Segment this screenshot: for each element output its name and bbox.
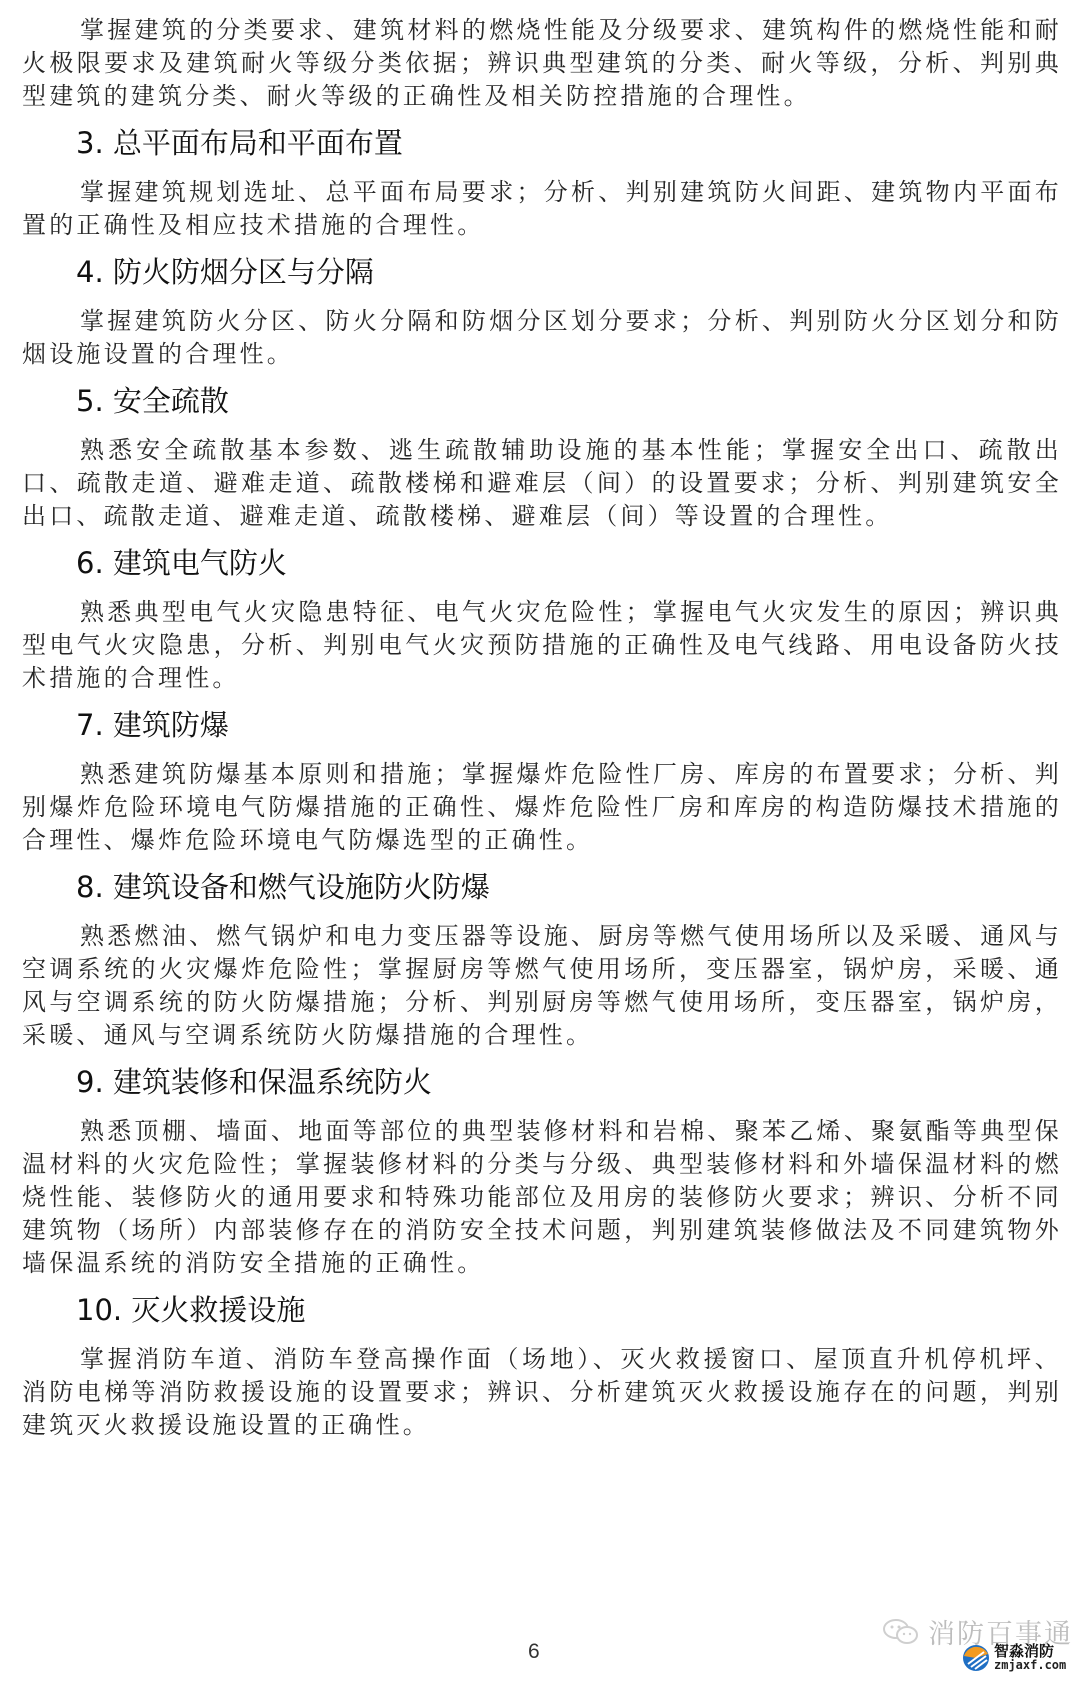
zm-logo-icon	[962, 1644, 990, 1672]
section-paragraph: 熟悉典型电气火灾隐患特征、电气火灾危险性；掌握电气火灾发生的原因；辨识典型电气火…	[22, 596, 1062, 695]
site-logo: 智淼消防 zmjaxf.com	[962, 1644, 1066, 1672]
section-heading: 4. 防火防烟分区与分隔	[22, 254, 1062, 290]
wechat-icon	[882, 1617, 920, 1647]
section-paragraph: 熟悉顶棚、墙面、地面等部位的典型装修材料和岩棉、聚苯乙烯、聚氨酯等典型保温材料的…	[22, 1115, 1062, 1280]
section-6: 6. 建筑电气防火 熟悉典型电气火灾隐患特征、电气火灾危险性；掌握电气火灾发生的…	[22, 545, 1062, 695]
section-paragraph: 熟悉燃油、燃气锅炉和电力变压器等设施、厨房等燃气使用场所以及采暖、通风与空调系统…	[22, 920, 1062, 1052]
section-paragraph: 掌握建筑防火分区、防火分隔和防烟分区划分要求；分析、判别防火分区划分和防烟设施设…	[22, 305, 1062, 371]
section-9: 9. 建筑装修和保温系统防火 熟悉顶棚、墙面、地面等部位的典型装修材料和岩棉、聚…	[22, 1064, 1062, 1280]
section-7: 7. 建筑防爆 熟悉建筑防爆基本原则和措施；掌握爆炸危险性厂房、库房的布置要求；…	[22, 707, 1062, 857]
section-paragraph: 掌握消防车道、消防车登高操作面（场地）、灭火救援窗口、屋顶直升机停机坪、消防电梯…	[22, 1343, 1062, 1442]
section-heading: 9. 建筑装修和保温系统防火	[22, 1064, 1062, 1100]
section-10: 10. 灭火救援设施 掌握消防车道、消防车登高操作面（场地）、灭火救援窗口、屋顶…	[22, 1292, 1062, 1442]
section-4: 4. 防火防烟分区与分隔 掌握建筑防火分区、防火分隔和防烟分区划分要求；分析、判…	[22, 254, 1062, 371]
logo-name: 智淼消防	[994, 1644, 1066, 1658]
intro-paragraph: 掌握建筑的分类要求、建筑材料的燃烧性能及分级要求、建筑构件的燃烧性能和耐火极限要…	[22, 14, 1062, 113]
document-page: 掌握建筑的分类要求、建筑材料的燃烧性能及分级要求、建筑构件的燃烧性能和耐火极限要…	[22, 14, 1062, 1442]
section-heading: 7. 建筑防爆	[22, 707, 1062, 743]
section-5: 5. 安全疏散 熟悉安全疏散基本参数、逃生疏散辅助设施的基本性能；掌握安全出口、…	[22, 383, 1062, 533]
section-heading: 10. 灭火救援设施	[22, 1292, 1062, 1328]
section-heading: 8. 建筑设备和燃气设施防火防爆	[22, 869, 1062, 905]
section-paragraph: 熟悉安全疏散基本参数、逃生疏散辅助设施的基本性能；掌握安全出口、疏散出口、疏散走…	[22, 434, 1062, 533]
section-paragraph: 掌握建筑规划选址、总平面布局要求；分析、判别建筑防火间距、建筑物内平面布置的正确…	[22, 176, 1062, 242]
section-3: 3. 总平面布局和平面布置 掌握建筑规划选址、总平面布局要求；分析、判别建筑防火…	[22, 125, 1062, 242]
logo-url: zmjaxf.com	[994, 1658, 1066, 1672]
section-heading: 5. 安全疏散	[22, 383, 1062, 419]
section-paragraph: 熟悉建筑防爆基本原则和措施；掌握爆炸危险性厂房、库房的布置要求；分析、判别爆炸危…	[22, 758, 1062, 857]
page-number: 6	[528, 1640, 540, 1664]
section-8: 8. 建筑设备和燃气设施防火防爆 熟悉燃油、燃气锅炉和电力变压器等设施、厨房等燃…	[22, 869, 1062, 1052]
section-heading: 3. 总平面布局和平面布置	[22, 125, 1062, 161]
section-heading: 6. 建筑电气防火	[22, 545, 1062, 581]
